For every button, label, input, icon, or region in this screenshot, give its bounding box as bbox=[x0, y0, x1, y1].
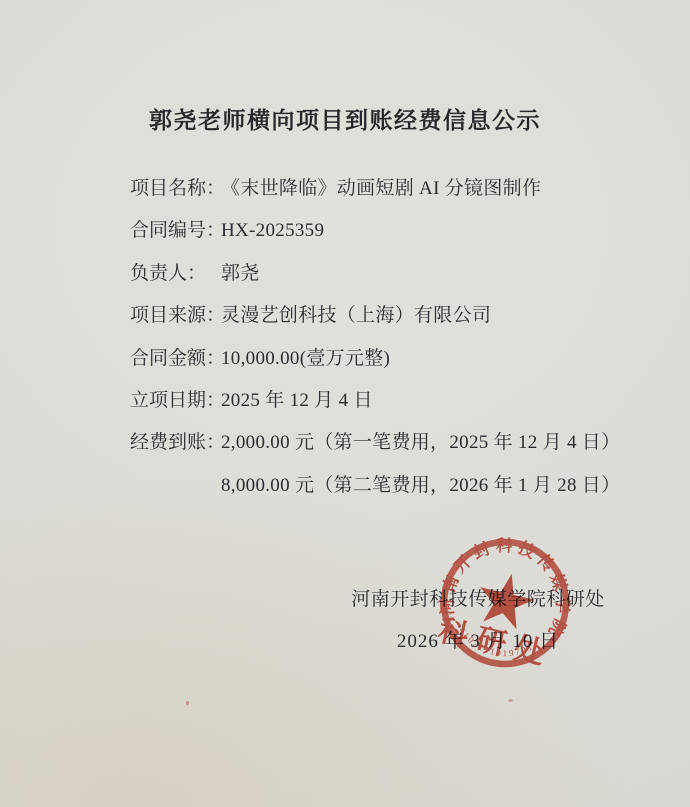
field-value: 2025 年 12 月 4 日 bbox=[221, 390, 373, 411]
signature-block: 河南开封科技传媒学院科研处 2026 年 3 月 10 日 bbox=[320, 584, 636, 653]
field-row: 8,000.00 元（第二笔费用，2026 年 1 月 28 日） bbox=[130, 465, 650, 507]
field-value: 10,000.00(壹万元整) bbox=[221, 348, 390, 369]
fields-list: 项目名称：《末世降临》动画短剧 AI 分镜图制作 合同编号：HX-2025359… bbox=[130, 168, 650, 507]
ink-speck bbox=[186, 701, 189, 705]
field-label: 合同金额： bbox=[130, 338, 221, 380]
field-row: 项目名称：《末世降临》动画短剧 AI 分镜图制作 bbox=[130, 168, 650, 210]
field-row: 合同编号：HX-2025359 bbox=[130, 210, 650, 252]
field-label: 项目来源： bbox=[130, 295, 221, 337]
field-row: 经费到账：2,000.00 元（第一笔费用，2025 年 12 月 4 日） bbox=[130, 422, 650, 464]
field-value: 《末世降临》动画短剧 AI 分镜图制作 bbox=[221, 178, 541, 199]
issuer-name: 河南开封科技传媒学院科研处 bbox=[320, 584, 636, 611]
field-label: 经费到账： bbox=[130, 422, 221, 464]
field-label: 立项日期： bbox=[130, 380, 221, 422]
field-label: 合同编号： bbox=[130, 210, 221, 252]
field-label: 负责人： bbox=[130, 253, 221, 295]
document-page: 郭尧老师横向项目到账经费信息公示 项目名称：《末世降临》动画短剧 AI 分镜图制… bbox=[0, 0, 690, 807]
issue-date: 2026 年 3 月 10 日 bbox=[320, 626, 636, 653]
field-value: HX-2025359 bbox=[221, 220, 324, 241]
field-value: 2,000.00 元（第一笔费用，2025 年 12 月 4 日） bbox=[221, 432, 620, 453]
field-row: 负责人：郭尧 bbox=[130, 253, 650, 295]
field-value: 灵漫艺创科技（上海）有限公司 bbox=[221, 305, 491, 326]
ink-speck bbox=[508, 699, 513, 702]
field-row: 立项日期：2025 年 12 月 4 日 bbox=[130, 380, 650, 422]
field-label: 项目名称： bbox=[130, 168, 221, 210]
field-row: 合同金额：10,000.00(壹万元整) bbox=[130, 338, 650, 380]
document-title: 郭尧老师横向项目到账经费信息公示 bbox=[0, 102, 690, 135]
field-value: 8,000.00 元（第二笔费用，2026 年 1 月 28 日） bbox=[221, 475, 620, 496]
field-value: 郭尧 bbox=[221, 263, 260, 284]
field-row: 项目来源：灵漫艺创科技（上海）有限公司 bbox=[130, 295, 650, 337]
